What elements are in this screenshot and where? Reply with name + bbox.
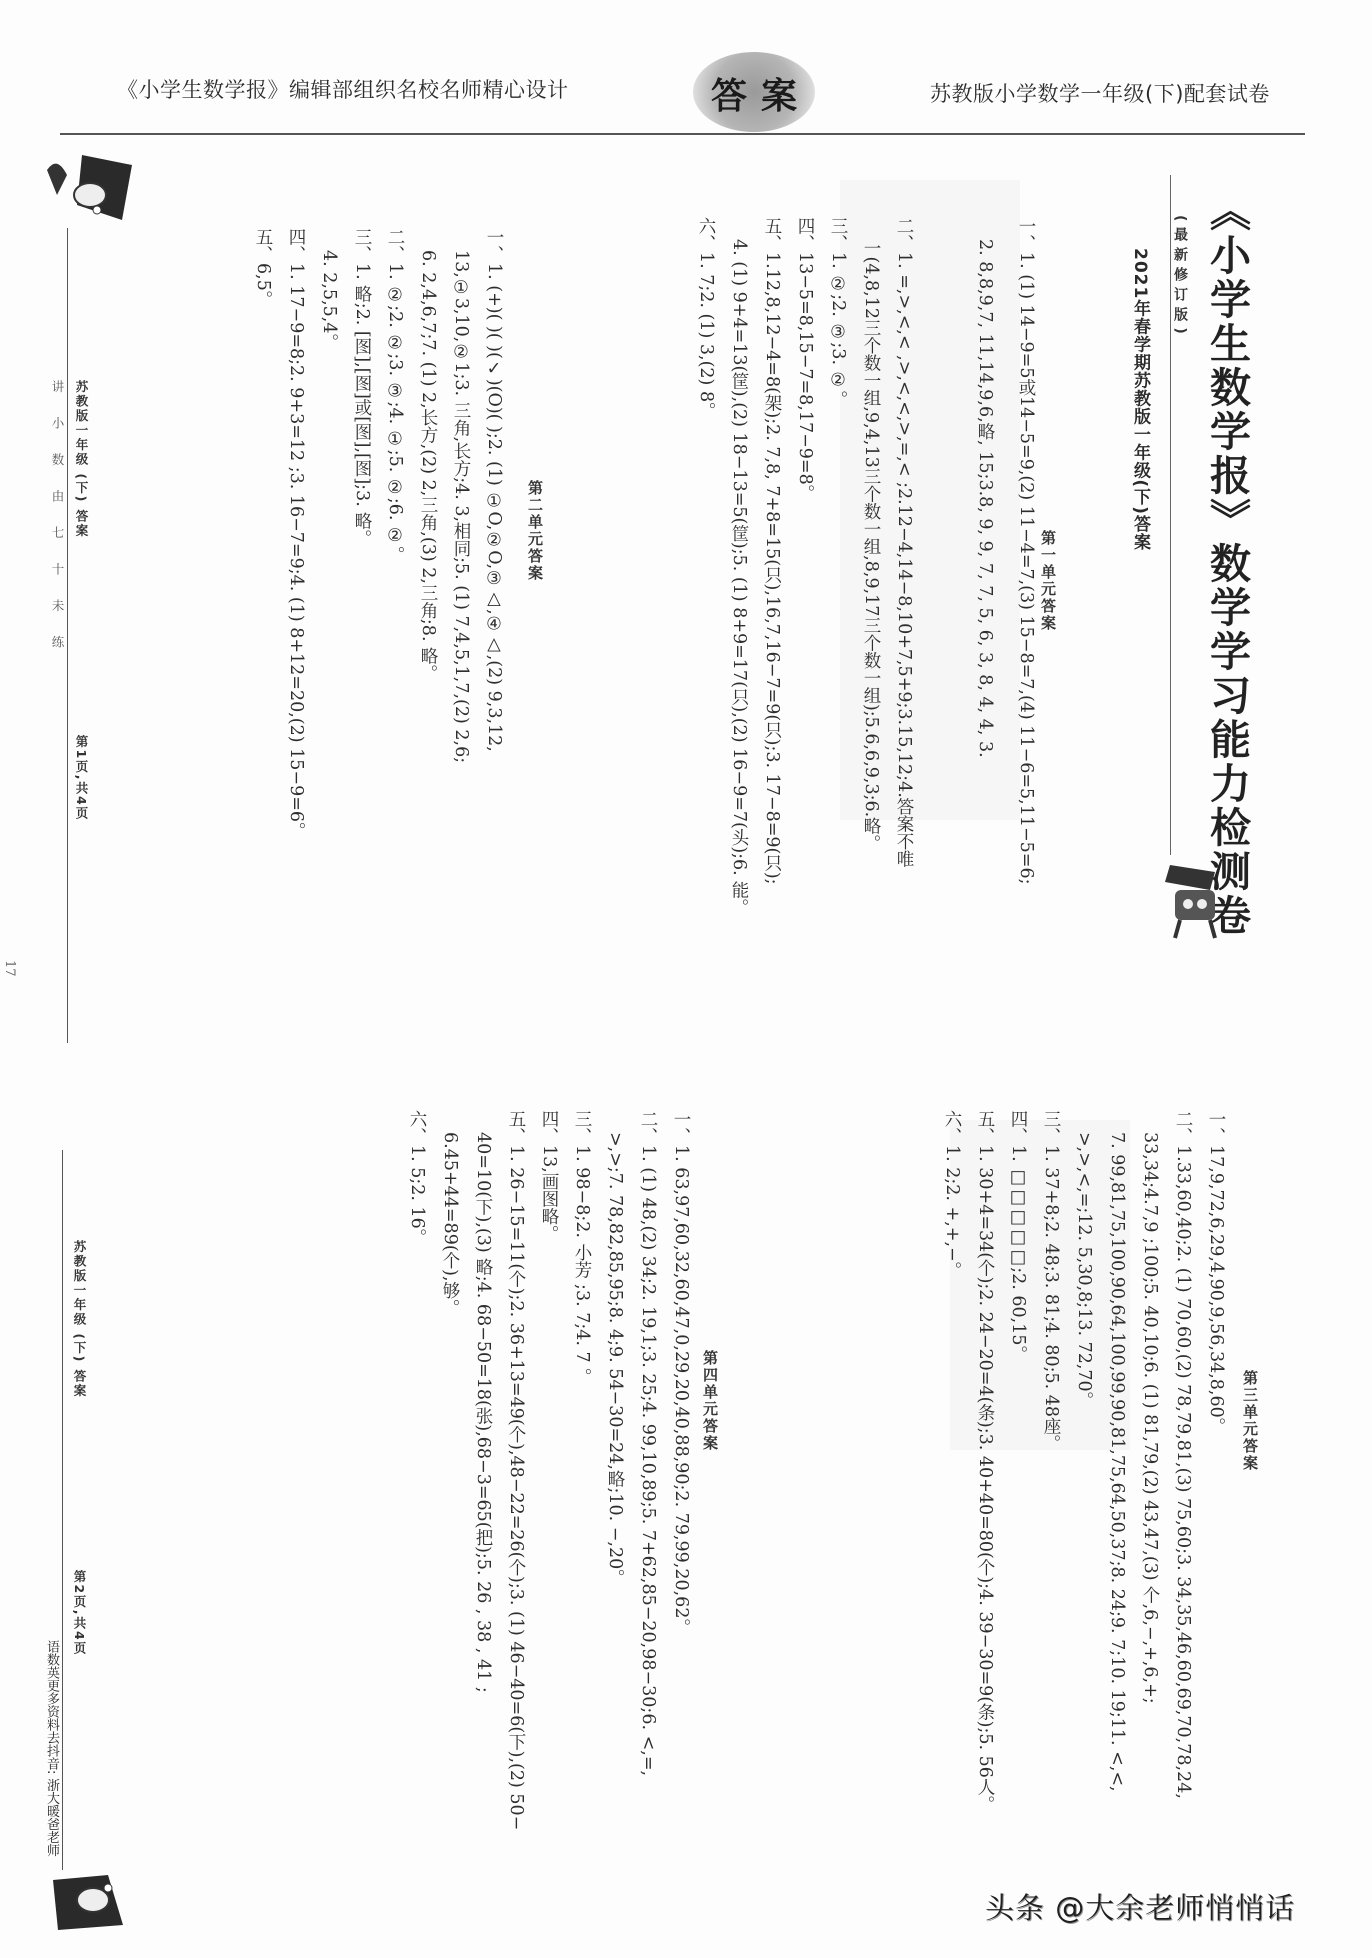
- answer-line: 二、1.33,60,40;2. (1) 70,60,(2) 78,79,81,(…: [1166, 1110, 1199, 1890]
- page-header: 《小学生数学报》编辑部组织名校名师精心设计 答案 苏教版小学数学一年级(下)配套…: [0, 0, 1372, 150]
- footer-rule: [62, 1150, 63, 1870]
- answer-line: 四、13−5=8,15−7=8,17−9=8。: [788, 217, 821, 1037]
- answer-line: 一、1. (1) 14−9=5或14−5=9,(2) 11−4=7,(3) 15…: [1009, 217, 1042, 1037]
- answer-line: 4. 2,5,5,4。: [312, 228, 345, 1008]
- answer-line: 7. 99,81,75,100,90,64,100,99,90,81,75,64…: [1100, 1110, 1133, 1890]
- unit3-heading: 第三单元答案: [1240, 1370, 1261, 1472]
- watermark: 头条 @大余老师悄悄话: [985, 1886, 1295, 1927]
- unit3-answers: 一、17,9,72,6,29,4,90,9,56,34,8,60。 二、1.33…: [935, 1110, 1232, 1890]
- answer-badge: 答案: [693, 52, 815, 132]
- document-title: 《小学生数学报》数学学习能力检测卷: [1198, 190, 1257, 938]
- answer-line: 三、1. 37+8;2. 48;3. 81;4. 80;5. 48座。: [1034, 1110, 1067, 1890]
- series-title: 苏教版小学数学一年级(下)配套试卷: [930, 78, 1270, 108]
- answer-line: 三、1. ②;2. ③;3. ②。: [821, 217, 854, 1037]
- answer-line: 一、1. 63,97,60,32,60,47,0,29,20,40,88,90;…: [664, 1110, 697, 1890]
- answer-line: 六、1. 5;2. 16。: [400, 1110, 433, 1890]
- answer-line: 二、1. ②;2. ②;3. ③;4. ①;5. ②;6. ②。: [378, 228, 411, 1008]
- page2-edge-note: 语数英更多资料去抖音: 浙大暖爸老师: [42, 1640, 61, 1857]
- mascot-character-icon: [42, 150, 137, 230]
- answer-line: 二、1. =,>,<,< ,>,<,<,>,=,< ;2.12−4,14−8,1…: [887, 217, 920, 1037]
- answer-line: 五、1.12,8,12−4=8(架);2. 7,8, 7+8=15(只),16,…: [755, 217, 788, 1037]
- footer-rule: [67, 228, 68, 1043]
- unit4-heading: 第四单元答案: [700, 1350, 721, 1452]
- header-divider: [60, 133, 1305, 135]
- page2-footer-pages: 第2页,共4页: [70, 1570, 88, 1656]
- answer-line: 2. 8,8,9,7, 11,14,9,6,略, 15;3.8, 9, 9, 7…: [968, 217, 1001, 1037]
- answer-line: 40=10(下),(3) 略;4. 68−50=18(张),68−3=65(把)…: [466, 1110, 499, 1890]
- answer-line: 五、6,5。: [246, 228, 279, 1008]
- unit1-answers: 一、1. (1) 14−9=5或14−5=9,(2) 11−4=7,(3) 15…: [689, 217, 1042, 1037]
- answer-line: 三、1. 略;2. [图],[图]或[图],[图];3. 略。: [345, 228, 378, 1008]
- answer-line: 一、1. (+)( )( )(✓)(O)( );2. (1) ①O,②O,③△,…: [477, 228, 510, 1008]
- answer-line: 四、1. 17−9=8;2. 9+3=12 ;3. 16−7=9;4. (1) …: [279, 228, 312, 1008]
- answer-line: 一(4,8,12三个数一组,9,4,13三个数一组,8,9,17三个数一组);5…: [854, 217, 887, 1037]
- page1-footer-label: 苏教版一年级 (下) 答案: [72, 380, 90, 539]
- answer-line: 四、1. □□□□□;2. 60,15。: [1001, 1110, 1034, 1890]
- answer-line: 二、1. (1) 48,(2) 34;2. 19,1;3. 25;4. 99,1…: [631, 1110, 664, 1890]
- answer-line: 五、1. 30+4=34(个);2. 24−20=4(条);3. 40+40=8…: [968, 1110, 1001, 1890]
- answer-subtitle: 2021年春学期苏教版一年级(下)答案: [1128, 248, 1153, 551]
- edition-label: (最新修订版): [1170, 215, 1190, 340]
- mascot-character-icon: [48, 1870, 143, 1940]
- answer-badge-label: 答案: [711, 68, 811, 119]
- publisher-title: 《小学生数学报》编辑部组织名校名师精心设计: [117, 74, 569, 104]
- unit2-heading: 第二单元答案: [525, 480, 546, 582]
- answer-line: 三、1. 98−8;2. 小芳 ;3. 7;4. 7 。: [565, 1110, 598, 1890]
- unit4-answers: 一、1. 63,97,60,32,60,47,0,29,20,40,88,90;…: [400, 1110, 697, 1890]
- answer-line: 一、17,9,72,6,29,4,90,9,56,34,8,60。: [1199, 1110, 1232, 1890]
- margin-page-number: 17: [2, 960, 17, 977]
- answer-line: 4. (1) 9+4=13(筐),(2) 18−13=5(筐);5. (1) 8…: [722, 217, 755, 1037]
- answer-line: >,>,<,=;12. 5,30,8;13. 72,70。: [1067, 1110, 1100, 1890]
- answer-line: 33,34;4.7,9 ;100;5. 40,10;6. (1) 81,79,(…: [1133, 1110, 1166, 1890]
- answer-line: 六、1. 7;2. (1) 3,(2) 8。: [689, 217, 722, 1037]
- mascot-pencil-icon: [1160, 860, 1230, 940]
- answer-line: 六、1. 2;2. +,+,−。: [935, 1110, 968, 1890]
- answer-line: 五、1. 26−15=11(个);2. 36+13=49(个),48−22=26…: [499, 1110, 532, 1890]
- page1-edge-note: 讲 小 数 由 七 十 未 练: [48, 380, 66, 658]
- answer-line: 6. 2,4,6,7;7. (1) 2,长方,(2) 2,三角,(3) 2,三角…: [411, 228, 444, 1008]
- answer-line: 四、13,画图略。: [532, 1110, 565, 1890]
- unit2-answers: 一、1. (+)( )( )(✓)(O)( );2. (1) ①O,②O,③△,…: [246, 228, 510, 1008]
- answer-line: >,>;7. 78,82,85,95;8. 4;9. 54−30=24,略;10…: [598, 1110, 631, 1890]
- answer-line: 6.45+44=89(个),够。: [433, 1110, 466, 1890]
- answer-line: 13,①3,10,②1;3. 三角,长方;4. 3,相同;5. (1) 7,4,…: [444, 228, 477, 1008]
- page2-footer-label: 苏教版一年级 (下) 答案: [70, 1240, 88, 1399]
- page1-footer-pages: 第1页,共4页: [72, 735, 90, 821]
